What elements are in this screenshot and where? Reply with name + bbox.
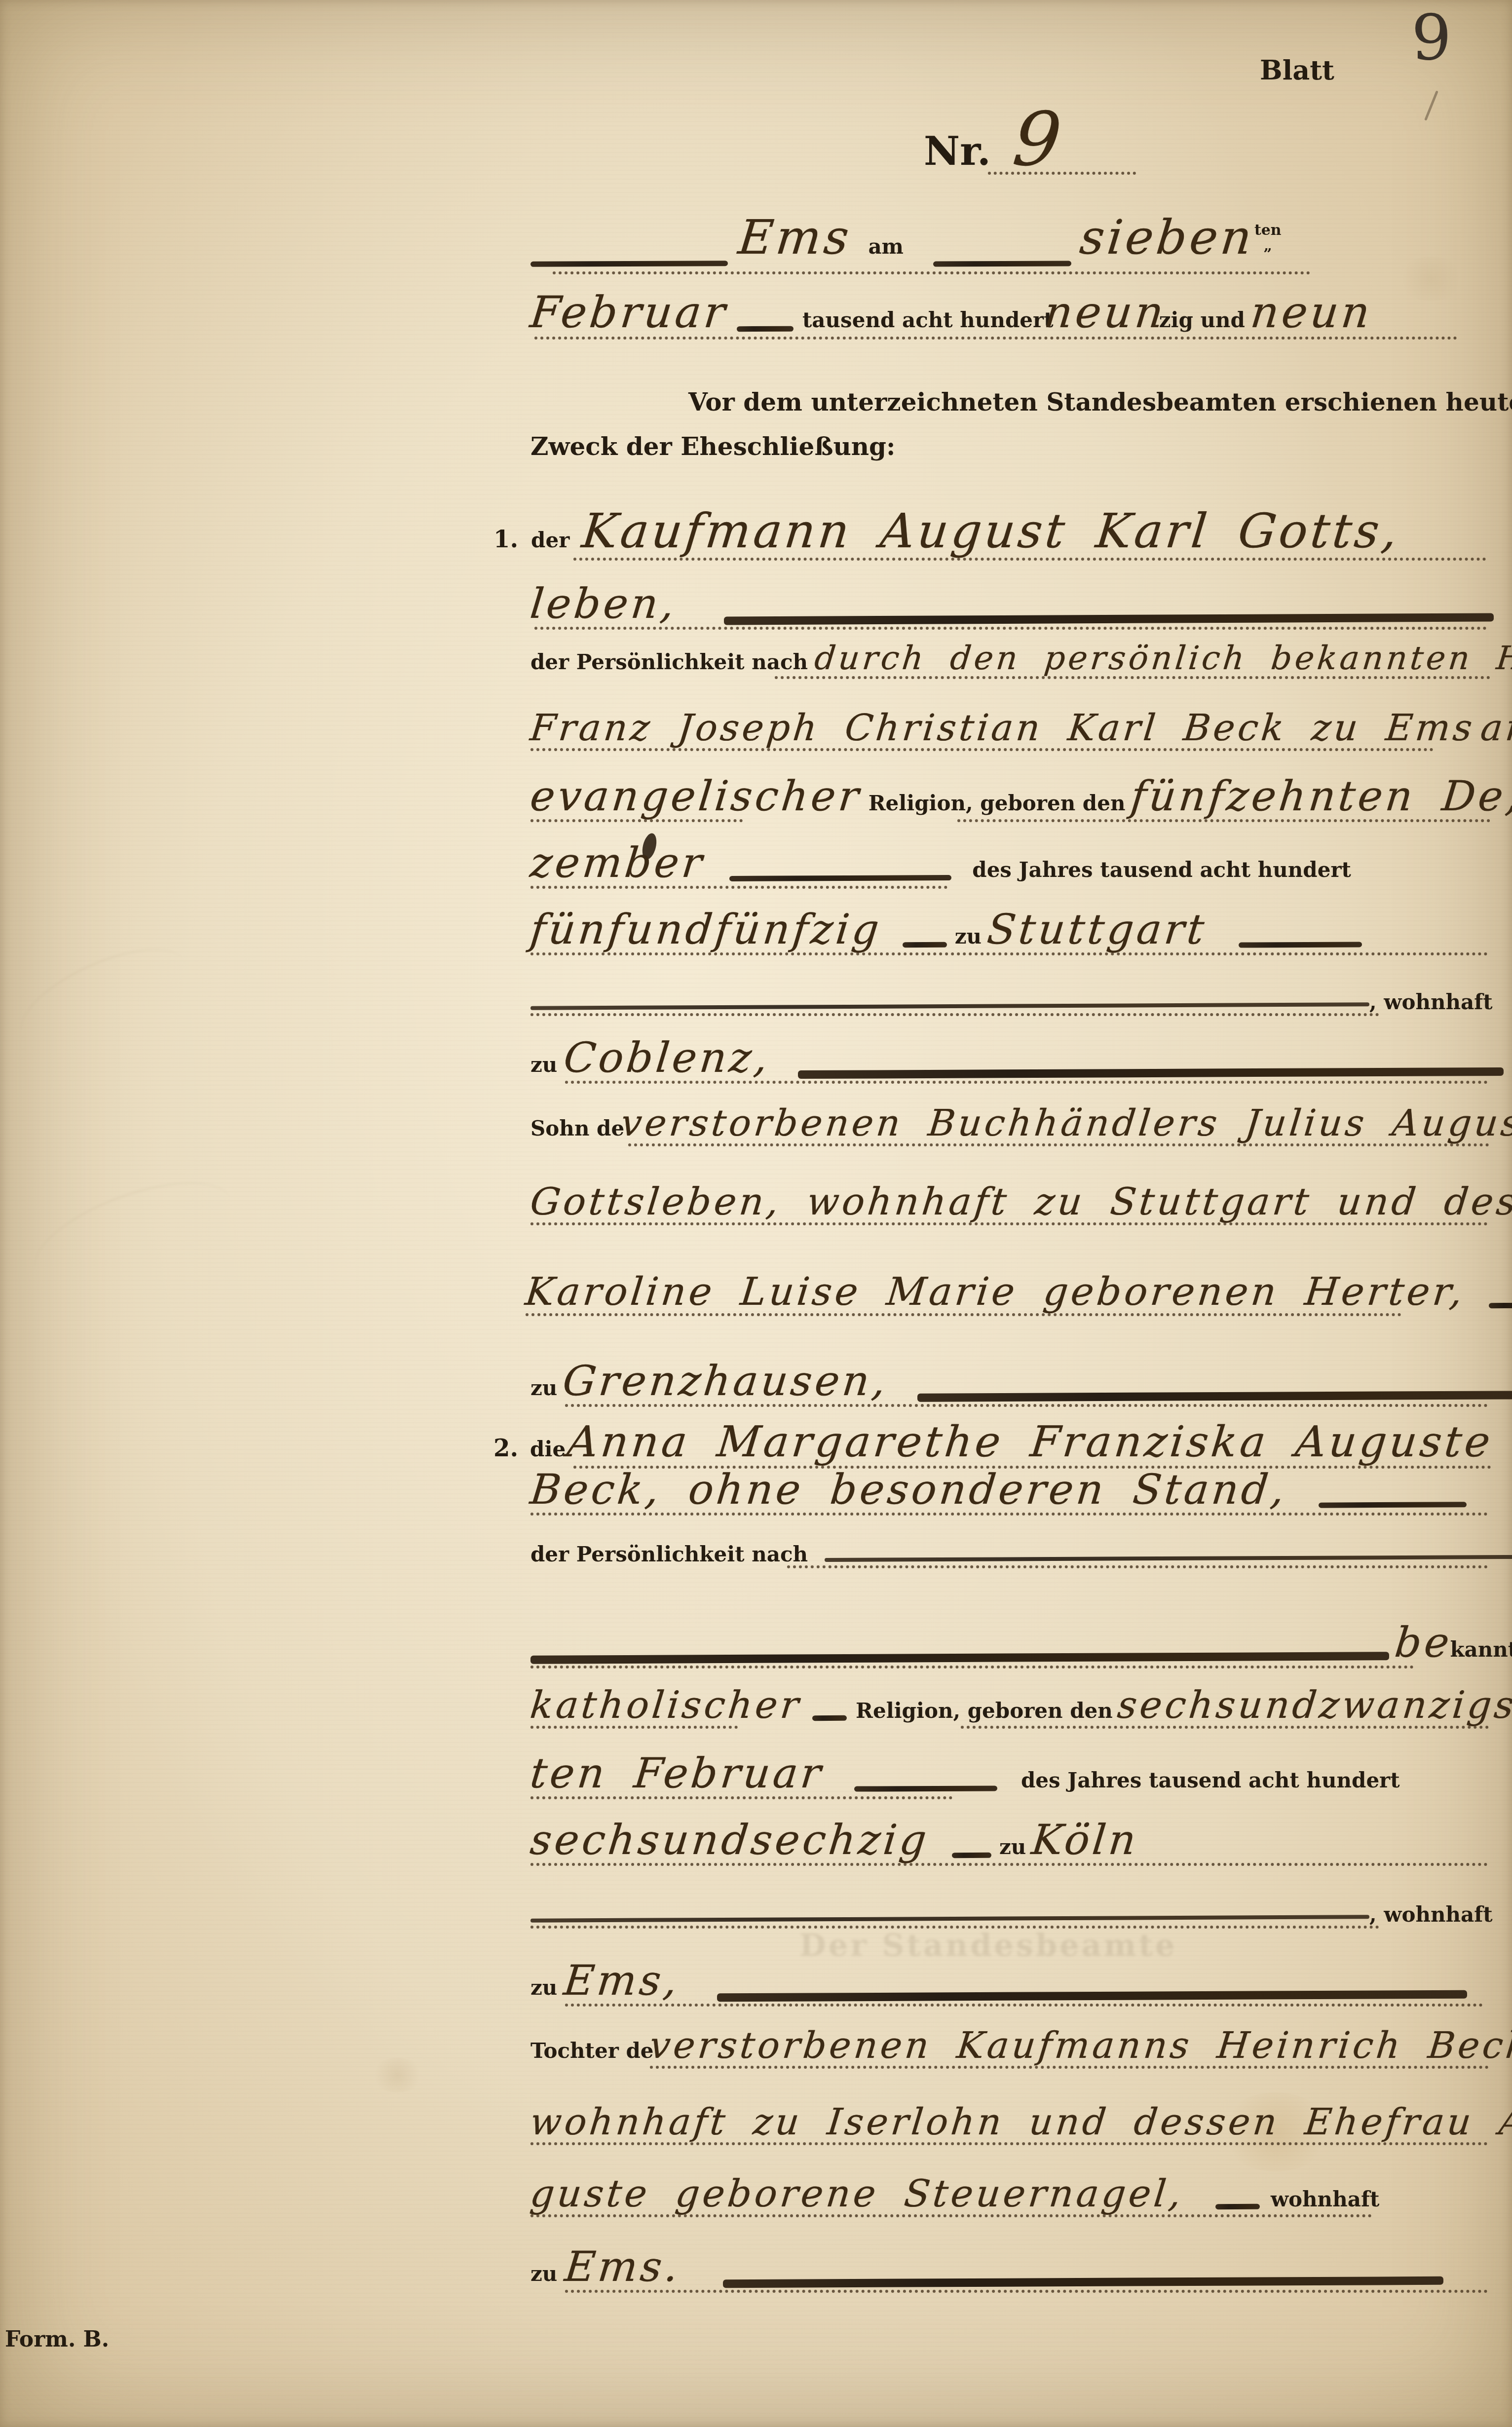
zu-label: zu <box>530 2262 557 2286</box>
form-type-label: Form. B. <box>5 2327 109 2352</box>
groom-article: der <box>531 528 569 552</box>
groom-birthyear-line: fünfundfünfzig zu Stuttgart <box>530 905 1490 953</box>
date-year-line: Februar tausend acht hundert neun zig un… <box>530 287 1490 338</box>
bride-father-line: Tochter de verstorbenen Kaufmanns Heinri… <box>530 2024 1512 2067</box>
bride-name-line2: Beck, ohne besonderen Stand, <box>530 1465 1490 1514</box>
groom-birthyear-handwritten: fünfundfünfzig <box>528 905 884 953</box>
wohnhaft-label: , wohnhaft <box>1369 1902 1493 1927</box>
bride-article: die <box>530 1437 566 1461</box>
groom-mother-handwritten: Karoline Luise Marie geborenen Herter, <box>523 1270 1467 1314</box>
intro-line1: Vor dem unterzeichneten Standesbeamten e… <box>688 387 1512 417</box>
kannt-label: kannt, <box>1450 1637 1512 1662</box>
bride-parents-handwritten: wohnhaft zu Iserlohn und dessen Ehefrau … <box>528 2101 1512 2143</box>
place-handwritten: Ems <box>736 210 854 265</box>
day-suffix: ten„ <box>1254 223 1282 254</box>
bride-birthyear-handwritten: sechsundsechzig <box>528 1816 932 1864</box>
groom-father-handwritten: verstorbenen Buchhändlers Julius August <box>619 1102 1512 1144</box>
bride-birthmonth-line: ten Februar des Jahres tausend acht hund… <box>530 1749 1490 1797</box>
ink-strike-line <box>1319 1502 1467 1508</box>
ink-strike-line <box>729 875 951 881</box>
religion-label: Religion, geboren den <box>869 791 1126 815</box>
dotted-rule <box>961 1726 1489 1729</box>
groom-index: 1. <box>493 526 518 553</box>
bride-identity-line2: be kannt, <box>530 1618 1490 1667</box>
am-label: am <box>868 234 904 259</box>
dotted-rule <box>530 748 1434 751</box>
dotted-rule <box>530 1513 1488 1516</box>
bride-mother-handwritten: guste geborene Steuernagel, <box>528 2171 1186 2215</box>
ink-strike-line <box>1239 942 1362 948</box>
identity-label: der Persönlichkeit nach <box>530 1542 808 1566</box>
ink-strike-line <box>530 1915 1369 1922</box>
groom-anerkannt-hand: aner <box>1478 707 1512 749</box>
ink-strike-line <box>530 261 728 267</box>
daughter-label: Tochter de <box>530 2039 654 2063</box>
groom-identity-line2: Franz Joseph Christian Karl Beck zu Ems … <box>530 707 1490 749</box>
dotted-rule <box>534 337 1457 340</box>
bride-religion-line: katholischer Religion, geboren den sechs… <box>530 1683 1505 1727</box>
groom-parents-handwritten: Gottsleben, wohnhaft zu Stuttgart und de… <box>528 1179 1512 1223</box>
dotted-rule <box>534 627 1487 630</box>
groom-witness-handwritten: Franz Joseph Christian Karl Beck zu Ems <box>528 707 1477 749</box>
son-label: Sohn de <box>530 1116 624 1140</box>
ink-strike-line <box>1215 2204 1260 2209</box>
groom-residence-handwritten: Coblenz, <box>562 1033 773 1082</box>
ink-strike-line <box>530 1652 1389 1664</box>
ink-strike-line <box>952 1853 991 1858</box>
dotted-rule <box>530 1726 738 1729</box>
wohnhaft-label: wohnhaft <box>1271 2187 1379 2211</box>
year-label: des Jahres tausend acht hundert <box>972 858 1351 882</box>
ink-strike-line <box>917 1391 1512 1402</box>
groom-parents-line2: Gottsleben, wohnhaft zu Stuttgart und de… <box>530 1179 1498 1223</box>
nr-label: Nr. <box>924 128 991 174</box>
groom-residence-line: zu Coblenz, <box>530 1033 1490 1082</box>
bride-religion-handwritten: katholischer <box>528 1683 803 1727</box>
groom-birthmonth-handwritten: zember <box>528 838 708 887</box>
zu-label: zu <box>955 924 982 948</box>
record-number-line: Nr. 9 <box>924 97 1151 183</box>
groom-mother-line: Karoline Luise Marie geborenen Herter, w… <box>526 1270 1490 1314</box>
bride-bekannt-hand: be <box>1393 1618 1455 1667</box>
ink-strike-line <box>1489 1303 1512 1308</box>
groom-birthmonth-line: zember des Jahres tausend acht hundert <box>530 838 1490 887</box>
nr-value-handwritten: 9 <box>1009 97 1065 183</box>
dotted-rule <box>775 676 1490 679</box>
groom-identity-line1: der Persönlichkeit nach durch den persön… <box>530 639 1512 677</box>
ink-strike-line <box>723 2276 1443 2288</box>
year-printed-1: tausend acht hundert <box>802 308 1054 332</box>
dotted-rule <box>565 1404 1488 1407</box>
dotted-rule <box>565 2290 1488 2293</box>
year-label: des Jahres tausend acht hundert <box>1021 1768 1400 1792</box>
bride-name-continued: Beck, ohne besonderen Stand, <box>528 1465 1290 1514</box>
religion-label: Religion, geboren den <box>856 1699 1113 1723</box>
bride-parents-residence-line: zu Ems. <box>530 2242 1490 2291</box>
intro-line2: Zweck der Eheschließung: <box>530 432 896 461</box>
ink-strike-line <box>933 261 1071 266</box>
bride-parents-line2: wohnhaft zu Iserlohn und dessen Ehefrau … <box>530 2101 1498 2143</box>
groom-wohnhaft-line: , wohnhaft <box>530 990 1490 1014</box>
bride-mother-line: guste geborene Steuernagel, wohnhaft <box>530 2171 1490 2215</box>
year-hand-2: neun <box>1248 287 1375 338</box>
dotted-rule <box>530 1926 1379 1929</box>
paper-stain <box>370 2058 424 2092</box>
bride-birthday-handwritten: sechsundzwanzigst, <box>1115 1683 1512 1727</box>
dotted-rule <box>530 1222 1488 1225</box>
zu-label: zu <box>530 1376 557 1400</box>
groom-name-line1: 1. der Kaufmann August Karl Gotts, <box>493 503 1490 559</box>
dotted-rule <box>957 819 1490 822</box>
groom-birthplace-handwritten: Stuttgart <box>985 905 1210 953</box>
ink-strike-line <box>530 1002 1369 1010</box>
date-place-line: Ems am sieben ten„ <box>530 210 1490 272</box>
month-handwritten: Februar <box>528 287 731 338</box>
dotted-rule <box>565 2004 1483 2007</box>
bride-index: 2. <box>493 1435 518 1462</box>
stray-pen-mark <box>1424 90 1438 120</box>
dotted-rule <box>988 172 1136 175</box>
zu-label: zu <box>999 1835 1026 1859</box>
dotted-rule <box>530 1666 1414 1669</box>
dotted-rule <box>526 1313 1401 1316</box>
ink-strike-line <box>798 1067 1504 1079</box>
groom-father-line: Sohn de verstorbenen Buchhändlers Julius… <box>530 1102 1508 1144</box>
dotted-rule <box>573 558 1486 561</box>
bride-birthplace-handwritten: Köln <box>1029 1816 1141 1864</box>
groom-parents-residence-line: zu Grenzhausen, <box>530 1357 1490 1405</box>
bride-wohnhaft-line: , wohnhaft <box>530 1902 1490 1927</box>
bride-parents-residence-handwritten: Ems. <box>563 2242 683 2291</box>
bride-name-handwritten: Anna Margarethe Franziska Auguste <box>565 1417 1496 1467</box>
ink-strike-line <box>724 613 1494 625</box>
dotted-rule <box>565 1081 1488 1084</box>
groom-birthday-handwritten: fünfzehnten De, <box>1129 772 1512 820</box>
sheet-number: 9 <box>1411 1 1451 75</box>
dotted-rule <box>553 271 1310 274</box>
bleedthrough-streak <box>8 929 199 1066</box>
ink-strike-line <box>854 1785 997 1791</box>
groom-religion-handwritten: evangelischer <box>528 772 864 820</box>
bride-birthyear-line: sechsundsechzig zu Köln <box>530 1816 1490 1864</box>
zu-label: zu <box>530 1975 557 2000</box>
dotted-rule <box>787 1565 1488 1568</box>
bride-name-line1: 2. die Anna Margarethe Franziska Auguste <box>493 1417 1495 1467</box>
blatt-label: Blatt <box>1260 54 1334 86</box>
bride-residence-handwritten: Ems, <box>562 1956 682 2005</box>
ink-strike-line <box>717 1990 1467 2002</box>
ink-strike-line <box>812 1715 847 1721</box>
dotted-rule <box>530 2142 1488 2145</box>
zu-label: zu <box>530 1053 557 1077</box>
groom-religion-line: evangelischer Religion, geboren den fünf… <box>530 772 1490 820</box>
dotted-rule <box>530 819 743 822</box>
bleedthrough-streak <box>22 1161 244 1308</box>
registry-page-scan: Der Standesbeamte Blatt 9 Nr. 9 Ems am s… <box>0 0 1512 2427</box>
bride-birthmonth-handwritten: ten Februar <box>528 1749 826 1797</box>
dotted-rule <box>530 952 1488 955</box>
identity-label: der Persönlichkeit nach <box>530 650 808 674</box>
ink-strike-line <box>903 942 947 948</box>
bride-identity-line1: der Persönlichkeit nach <box>530 1542 1490 1566</box>
year-printed-2: zig und <box>1159 308 1245 332</box>
dotted-rule <box>530 1863 1488 1866</box>
dotted-rule <box>628 1143 1489 1146</box>
dotted-rule <box>530 1013 1379 1016</box>
dotted-rule <box>530 2214 1372 2217</box>
wohnhaft-label: , wohnhaft <box>1369 990 1493 1014</box>
bride-residence-line: zu Ems, <box>530 1956 1490 2005</box>
ink-strike-line <box>737 326 794 332</box>
groom-parents-residence-handwritten: Grenzhausen, <box>561 1357 891 1405</box>
groom-identity-handwritten: durch den persönlich bekannten Hotelier <box>813 639 1512 677</box>
bride-father-handwritten: verstorbenen Kaufmanns Heinrich Beck, <box>647 2024 1512 2067</box>
ink-strike-line <box>825 1555 1512 1562</box>
groom-name-line2: leben, <box>530 579 1490 628</box>
year-hand-1: neun <box>1042 287 1169 338</box>
dotted-rule <box>530 886 947 889</box>
dotted-rule <box>530 1796 952 1799</box>
day-handwritten: sieben <box>1077 210 1257 265</box>
groom-name-continued: leben, <box>528 579 680 628</box>
dotted-rule <box>650 2066 1489 2069</box>
groom-name-handwritten: Kaufmann August Karl Gotts, <box>579 503 1403 559</box>
